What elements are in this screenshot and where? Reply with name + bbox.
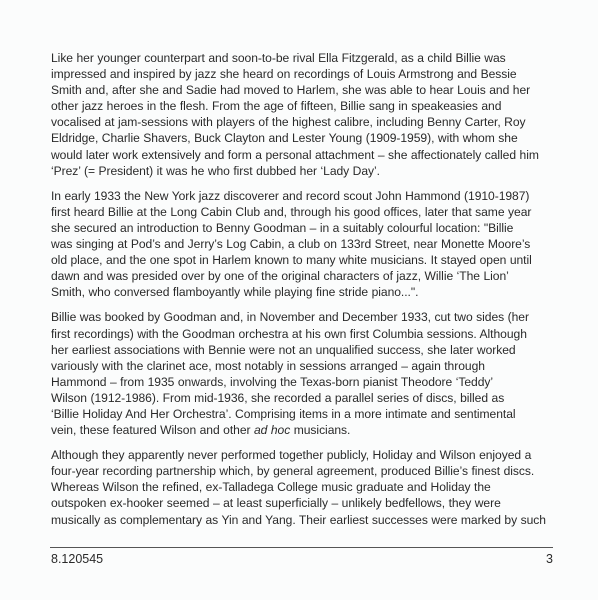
- text-line: she secured an introduction to Benny Goo…: [51, 220, 556, 236]
- text-line: her earliest associations with Bennie we…: [51, 342, 556, 358]
- paragraph-3: Billie was booked by Goodman and, in Nov…: [51, 309, 556, 438]
- text-line: first heard Billie at the Long Cabin Clu…: [51, 204, 556, 220]
- italic-phrase: ad hoc: [254, 423, 290, 437]
- paragraph-2: In early 1933 the New York jazz discover…: [51, 188, 556, 301]
- footer-divider: [50, 547, 553, 548]
- text-line: Like her younger counterpart and soon-to…: [51, 50, 556, 66]
- text-line: four-year recording partnership which, b…: [51, 463, 556, 479]
- text-line: Billie was booked by Goodman and, in Nov…: [51, 309, 556, 325]
- text-line: first recordings) with the Goodman orche…: [51, 326, 556, 342]
- text-line: impressed and inspired by jazz she heard…: [51, 66, 556, 82]
- text-line: vocalised at jam-sessions with players o…: [51, 114, 556, 130]
- text-line: Hammond – from 1935 onwards, involving t…: [51, 374, 556, 390]
- text-line: old place, and the one spot in Harlem kn…: [51, 252, 556, 268]
- text-line: other jazz heroes in the flesh. From the…: [51, 98, 556, 114]
- page-number: 3: [546, 552, 553, 566]
- text-line: Although they apparently never performed…: [51, 447, 556, 463]
- text-line: Wilson (1912-1986). From mid-1936, she r…: [51, 390, 556, 406]
- text-line: ‘Prez’ (= President) it was he who first…: [51, 163, 556, 179]
- text-line: Smith, who conversed flamboyantly while …: [51, 284, 556, 300]
- text-line: vein, these featured Wilson and other ad…: [51, 422, 556, 438]
- paragraph-1: Like her younger counterpart and soon-to…: [51, 50, 556, 179]
- text-run: musicians.: [290, 423, 350, 437]
- text-line: In early 1933 the New York jazz discover…: [51, 188, 556, 204]
- text-line: musically as complementary as Yin and Ya…: [51, 512, 556, 528]
- text-line: was singing at Pod’s and Jerry’s Log Cab…: [51, 236, 556, 252]
- text-line: variously with the clarinet ace, most no…: [51, 358, 556, 374]
- paragraph-4: Although they apparently never performed…: [51, 447, 556, 527]
- text-line: outspoken ex-hooker seemed – at least su…: [51, 495, 556, 511]
- catalogue-number: 8.120545: [51, 552, 103, 566]
- text-line: would later work extensively and form a …: [51, 147, 556, 163]
- text-line: Eldridge, Charlie Shavers, Buck Clayton …: [51, 130, 556, 146]
- text-line: dawn and was presided over by one of the…: [51, 268, 556, 284]
- text-line: Smith and, after she and Sadie had moved…: [51, 82, 556, 98]
- document-body: Like her younger counterpart and soon-to…: [51, 50, 556, 537]
- text-run: vein, these featured Wilson and other: [51, 423, 254, 437]
- text-line: ‘Billie Holiday And Her Orchestra’. Comp…: [51, 406, 556, 422]
- text-line: Whereas Wilson the refined, ex-Talladega…: [51, 479, 556, 495]
